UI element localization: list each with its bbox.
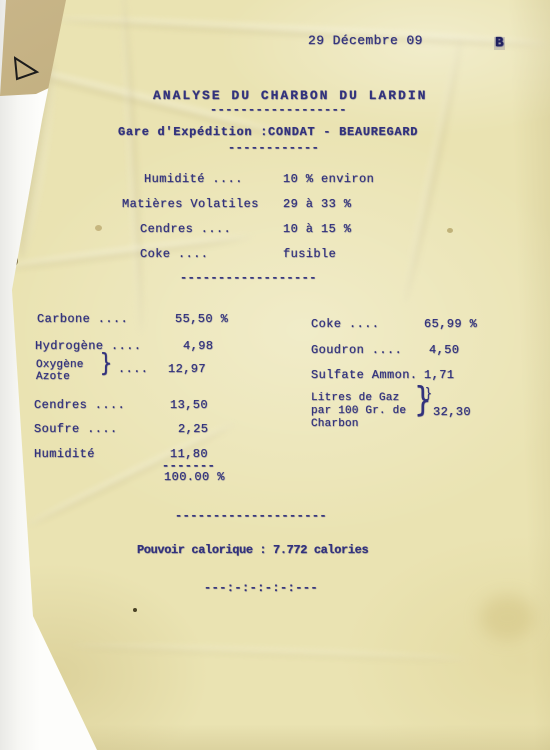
document-paper: 29 Décembre 09 B ANALYSE DU CHARBON DU L… <box>0 0 550 750</box>
scanned-document-page: { "document": { "date": "29 Décembre 09"… <box>0 0 550 750</box>
expedition-station: CONDAT - BEAUREGARD <box>268 126 418 139</box>
analysis-dots: .... <box>118 363 148 376</box>
paper-crease <box>70 641 470 664</box>
analysis-label: Hydrogène .... <box>35 340 141 353</box>
summary-label: Cendres .... <box>140 223 231 236</box>
analysis-label: Sulfate Ammon. <box>311 369 417 382</box>
summary-label: Coke .... <box>140 248 208 261</box>
analysis-value: 65,99 % <box>424 318 477 331</box>
expedition-underline: ------------ <box>228 142 319 155</box>
separator-line: ------------------ <box>180 272 317 285</box>
paper-stain <box>133 608 137 612</box>
summary-value: fusible <box>283 248 336 261</box>
analysis-value: 55,50 % <box>175 313 228 326</box>
document-title: ANALYSE DU CHARBON DU LARDIN <box>153 89 427 102</box>
paper-stain <box>480 595 535 640</box>
calorific-line: Pouvoir calorique : 7.772 calories <box>137 544 368 557</box>
total-value: 100.00 % <box>164 471 225 484</box>
paper-stain <box>95 225 102 231</box>
oxygen-azote-brace: } <box>100 356 113 369</box>
gas-label-line: Litres de Gaz <box>311 392 399 405</box>
summary-value: 29 à 33 % <box>283 198 351 211</box>
summary-label: Humidité .... <box>144 173 243 186</box>
footer-mark: ---:-:-:-:-:--- <box>204 582 318 595</box>
analysis-label: Carbone .... <box>37 313 128 326</box>
paper-stain <box>447 228 453 233</box>
corner-triangle-mark <box>14 56 40 82</box>
analysis-label: Cendres .... <box>34 399 125 412</box>
summary-label: Matières Volatiles <box>122 198 259 211</box>
analysis-label: Azote <box>36 371 70 384</box>
corner-letter-stamp: B <box>494 37 505 50</box>
analysis-value: 13,50 <box>170 399 208 412</box>
analysis-value: 12,97 <box>168 363 206 376</box>
expedition-label: Gare d'Expédition : <box>118 126 268 139</box>
gas-label-line: par 100 Gr. de <box>311 405 406 418</box>
analysis-label: Humidité <box>34 448 95 461</box>
summary-value: 10 à 15 % <box>283 223 351 236</box>
paper-crease <box>119 0 146 333</box>
paper-stain <box>7 254 18 267</box>
analysis-label: Goudron .... <box>311 344 402 357</box>
paper-crease <box>400 38 466 304</box>
analysis-value: 4,98 <box>183 340 213 353</box>
paper-crease <box>0 232 253 274</box>
paper-stain <box>2 208 7 213</box>
summary-value: 10 % environ <box>283 173 374 186</box>
title-underline: ------------------ <box>210 104 347 117</box>
analysis-label: Coke .... <box>311 318 379 331</box>
document-date: 29 Décembre 09 <box>308 34 423 47</box>
gas-value: 32,30 <box>433 406 471 419</box>
analysis-value: 2,25 <box>178 423 208 436</box>
gas-label-line: Charbon <box>311 418 359 431</box>
analysis-value: 4,50 <box>429 344 459 357</box>
analysis-label: Soufre .... <box>34 423 118 436</box>
separator-line: -------------------- <box>175 510 327 523</box>
gas-brace: } <box>414 394 432 407</box>
